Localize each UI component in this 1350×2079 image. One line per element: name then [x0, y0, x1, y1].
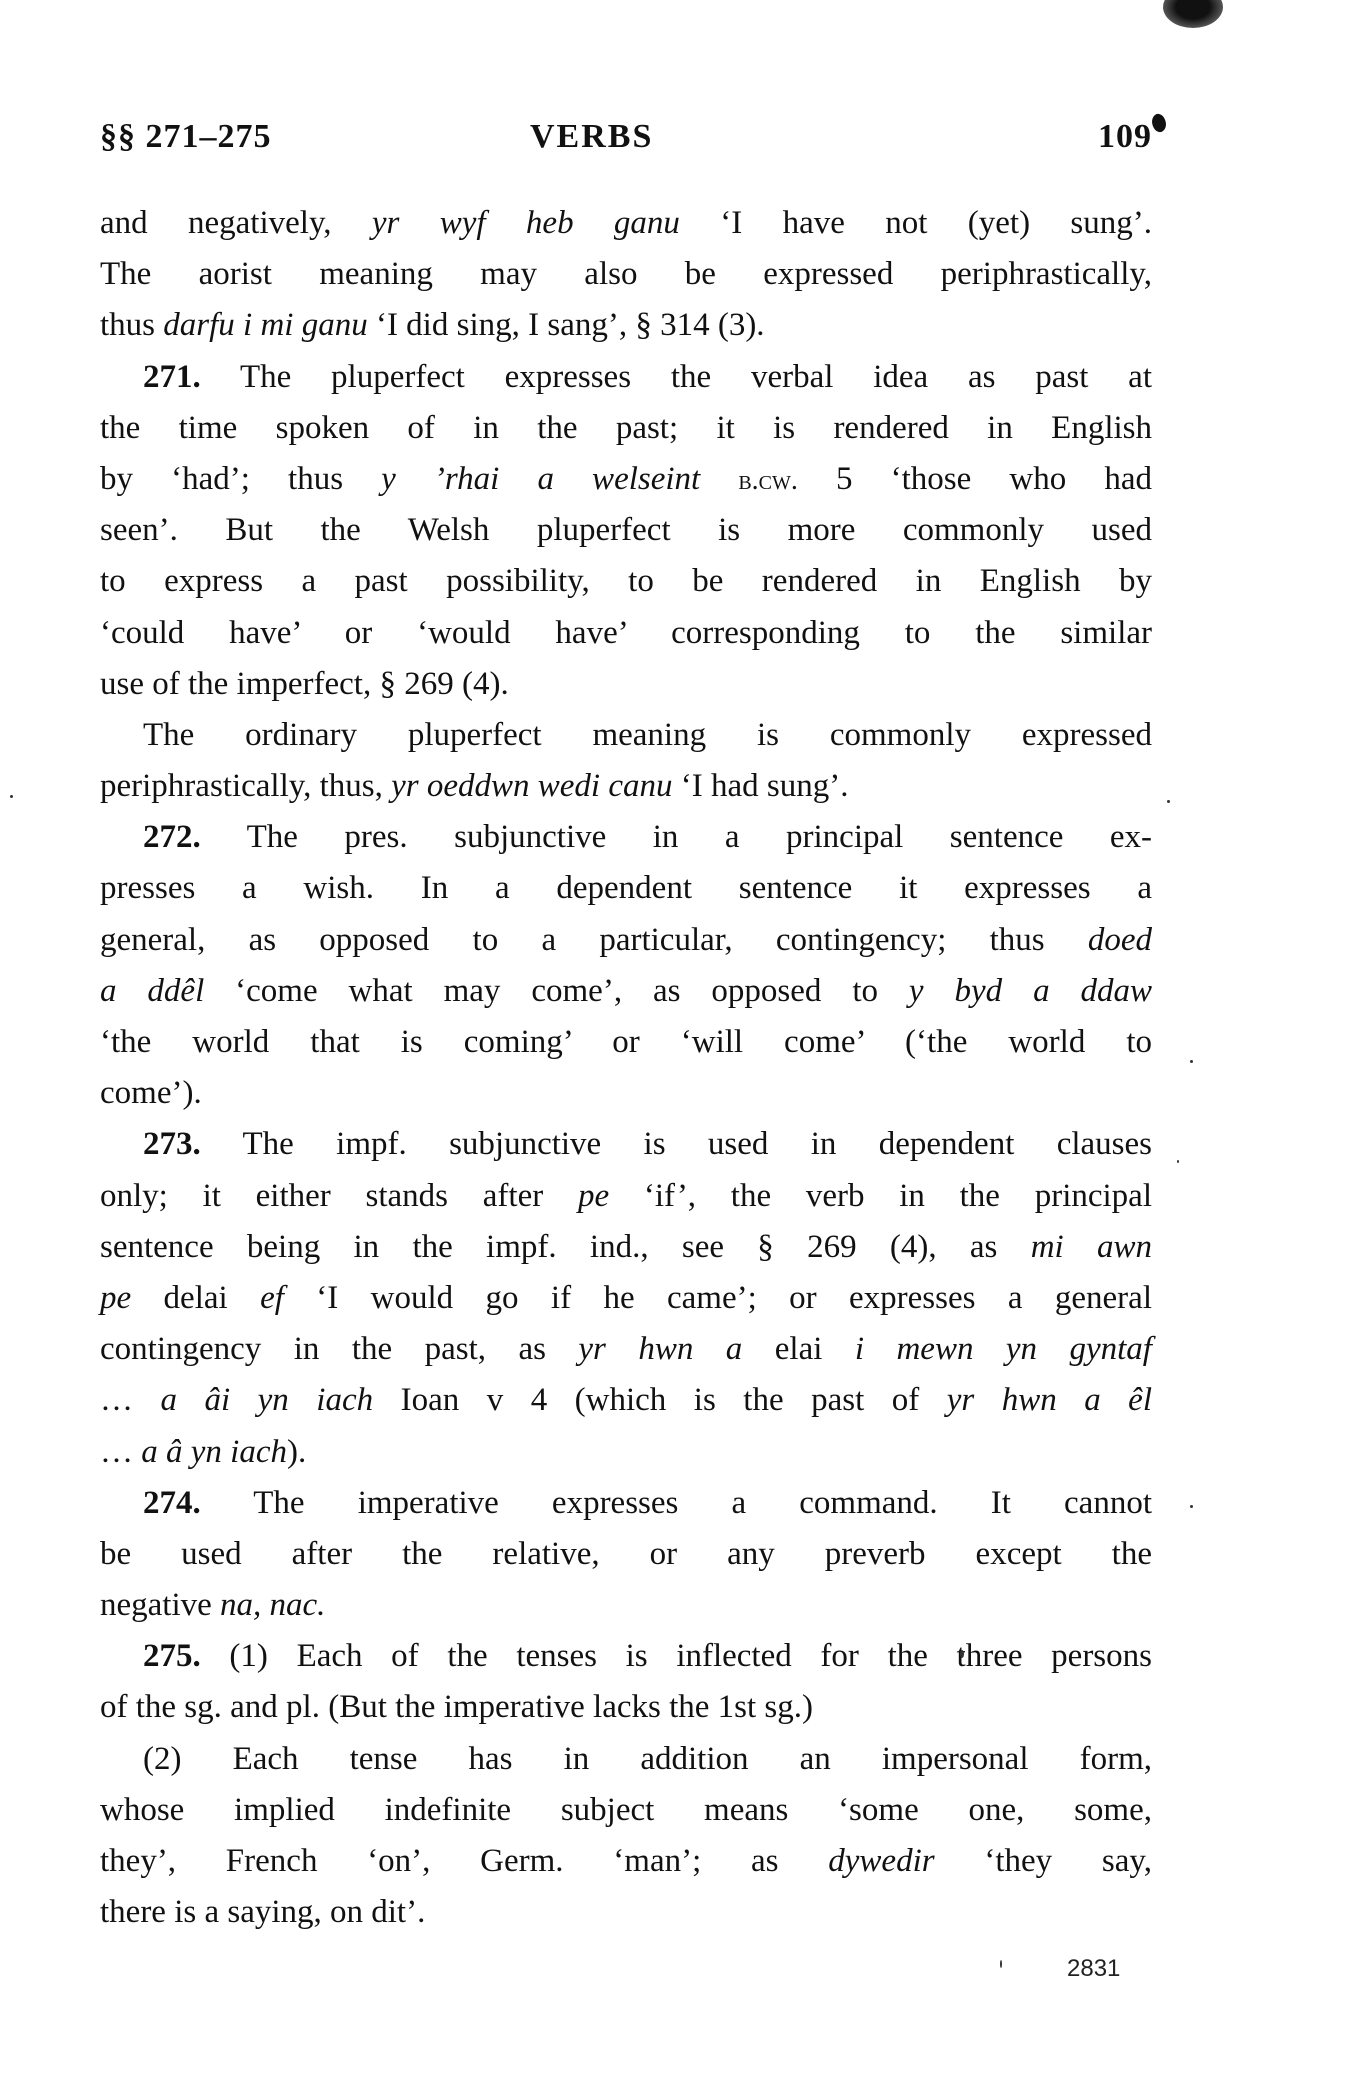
text-line: whose implied indefinite subject means ‘…: [100, 1785, 1152, 1836]
section-number: 272.: [143, 819, 201, 855]
text-line: periphrastically, thus, yr oeddwn wedi c…: [100, 761, 1152, 812]
welsh-example: pe: [100, 1280, 131, 1316]
source-abbreviation: b.cw.: [738, 465, 798, 496]
text-line: there is a saying, on dit’.: [100, 1887, 1152, 1938]
text-line: come’).: [100, 1068, 1152, 1119]
text-line: ‘could have’ or ‘would have’ correspondi…: [100, 608, 1152, 659]
section-number: 273.: [143, 1126, 201, 1162]
welsh-example: a â yn iach: [141, 1434, 287, 1470]
welsh-example: a âi yn iach: [161, 1382, 374, 1418]
text-line: only; it either stands after pe ‘if’, th…: [100, 1171, 1152, 1222]
text-line: to express a past possibility, to be ren…: [100, 556, 1152, 607]
welsh-example: yr oeddwn wedi canu: [391, 768, 672, 804]
text-line: use of the imperfect, § 269 (4).: [100, 659, 1152, 710]
text-line: contingency in the past, as yr hwn a ela…: [100, 1324, 1152, 1375]
text-line: The ordinary pluperfect meaning is commo…: [100, 710, 1152, 761]
text-line: The aorist meaning may also be expressed…: [100, 249, 1152, 300]
body-text: and negatively, yr wyf heb ganu ‘I have …: [100, 198, 1152, 1938]
text-line: presses a wish. In a dependent sentence …: [100, 863, 1152, 914]
welsh-example: na, nac.: [220, 1587, 325, 1623]
paragraph-s271b: The ordinary pluperfect meaning is commo…: [100, 710, 1152, 812]
welsh-example: y ’rhai a welseint: [381, 461, 700, 497]
welsh-example: darfu i mi ganu: [163, 307, 367, 343]
speck: [1177, 1160, 1179, 1163]
welsh-example: dywedir: [828, 1843, 934, 1879]
speck: [1167, 800, 1170, 803]
welsh-example: y byd a ddaw: [909, 973, 1152, 1009]
text-line: 273. The impf. subjunctive is used in de…: [100, 1119, 1152, 1170]
text-line: 274. The imperative expresses a command.…: [100, 1478, 1152, 1529]
paragraph-s273: 273. The impf. subjunctive is used in de…: [100, 1119, 1152, 1477]
text-line: and negatively, yr wyf heb ganu ‘I have …: [100, 198, 1152, 249]
text-line: … a â yn iach).: [100, 1427, 1152, 1478]
text-line: pe delai ef ‘I would go if he came’; or …: [100, 1273, 1152, 1324]
welsh-example: yr hwn a êl: [947, 1382, 1152, 1418]
text-line: by ‘had’; thus y ’rhai a welseint b.cw. …: [100, 454, 1152, 505]
speck: [1190, 1505, 1193, 1508]
paragraph-continuation: and negatively, yr wyf heb ganu ‘I have …: [100, 198, 1152, 352]
welsh-example: a ddêl: [100, 973, 204, 1009]
text-line: negative na, nac.: [100, 1580, 1152, 1631]
section-range: §§ 271–275: [100, 118, 272, 156]
section-number: 275.: [143, 1638, 201, 1674]
text-line: 271. The pluperfect expresses the verbal…: [100, 352, 1152, 403]
paragraph-s274: 274. The imperative expresses a command.…: [100, 1478, 1152, 1632]
ink-blot: [1163, 0, 1223, 28]
scanned-page: §§ 271–275 VERBS 109 and negatively, yr …: [0, 0, 1350, 2079]
speck: [960, 1650, 964, 1658]
catalog-number: 2831: [1067, 1955, 1120, 1983]
running-header: §§ 271–275 VERBS 109: [100, 118, 1152, 168]
text-line: 275. (1) Each of the tenses is inflected…: [100, 1631, 1152, 1682]
text-line: sentence being in the impf. ind., see § …: [100, 1222, 1152, 1273]
welsh-example: yr wyf heb ganu: [372, 205, 680, 241]
paragraph-s272: 272. The pres. subjunctive in a principa…: [100, 812, 1152, 1119]
text-line: the time spoken of in the past; it is re…: [100, 403, 1152, 454]
text-line: seen’. But the Welsh pluperfect is more …: [100, 505, 1152, 556]
chapter-title: VERBS: [530, 118, 653, 156]
welsh-example: pe: [578, 1178, 609, 1214]
text-line: (2) Each tense has in addition an impers…: [100, 1734, 1152, 1785]
page-number: 109: [1098, 118, 1152, 156]
paragraph-s275b: (2) Each tense has in addition an impers…: [100, 1734, 1152, 1939]
welsh-example: doed: [1088, 922, 1152, 958]
text-line: ‘the world that is coming’ or ‘will come…: [100, 1017, 1152, 1068]
text-line: a ddêl ‘come what may come’, as opposed …: [100, 966, 1152, 1017]
welsh-example: mi awn: [1031, 1229, 1152, 1265]
page-number-text: 109: [1098, 118, 1152, 155]
text-line: be used after the relative, or any preve…: [100, 1529, 1152, 1580]
speck: [1000, 1960, 1002, 1968]
speck: [10, 795, 13, 798]
welsh-example: yr hwn a: [578, 1331, 742, 1367]
text-line: 272. The pres. subjunctive in a principa…: [100, 812, 1152, 863]
text-line: general, as opposed to a particular, con…: [100, 915, 1152, 966]
text-line: thus darfu i mi ganu ‘I did sing, I sang…: [100, 300, 1152, 351]
text-line: of the sg. and pl. (But the imperative l…: [100, 1682, 1152, 1733]
section-number: 274.: [143, 1485, 201, 1521]
paragraph-s275: 275. (1) Each of the tenses is inflected…: [100, 1631, 1152, 1733]
welsh-example: ef: [260, 1280, 284, 1316]
section-number: 271.: [143, 359, 201, 395]
paragraph-s271: 271. The pluperfect expresses the verbal…: [100, 352, 1152, 710]
text-line: … a âi yn iach Ioan v 4 (which is the pa…: [100, 1375, 1152, 1426]
text-line: they’, French ‘on’, Germ. ‘man’; as dywe…: [100, 1836, 1152, 1887]
speck: [1190, 1060, 1193, 1063]
welsh-example: i mewn yn gyntaf: [855, 1331, 1152, 1367]
